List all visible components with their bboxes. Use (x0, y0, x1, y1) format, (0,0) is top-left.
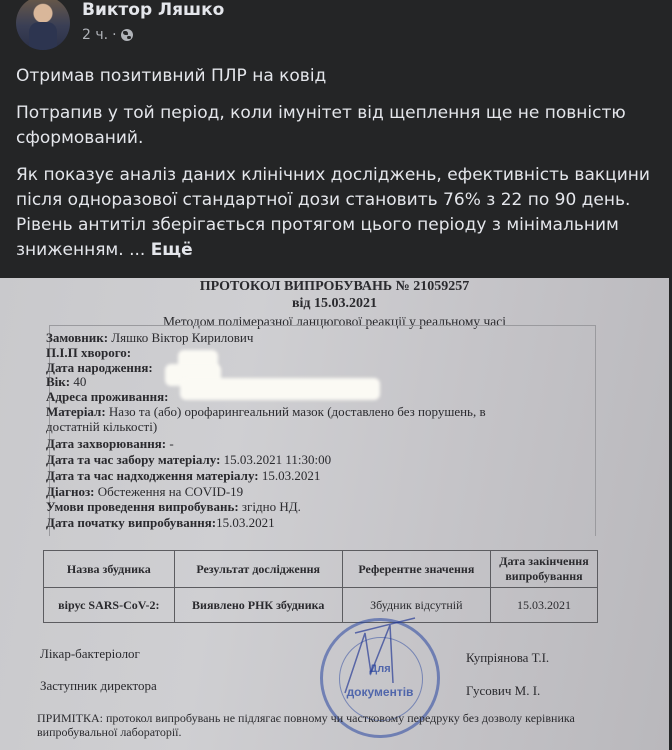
info-field-label: Дата початку випробування: (46, 515, 216, 530)
info-field: Дата захворювання: - (46, 436, 174, 451)
table-header: Референтне значення (342, 551, 490, 588)
document-note: ПРИМІТКА: протокол випробувань не підляг… (37, 711, 575, 726)
info-field-value: Ляшко Віктор Кирилович (108, 330, 253, 345)
redaction (180, 378, 380, 400)
info-field-value: - (166, 436, 174, 451)
info-field: Адреса проживання: (46, 389, 168, 404)
info-field-value: Назо та (або) орофарингеальний мазок (до… (106, 404, 486, 419)
post-paragraph: Отримав позитивний ПЛР на ковід (16, 64, 661, 89)
table-header: Результат дослідження (174, 551, 342, 588)
info-field: Дата та час надходження матеріалу: 15.03… (46, 468, 320, 483)
post-photo[interactable]: ПРОТОКОЛ ВИПРОБУВАНЬ № 21059257 від 15.0… (0, 278, 669, 750)
info-field-label: Вік: (46, 374, 70, 389)
post-timestamp[interactable]: 2 ч. (82, 27, 108, 43)
info-field-label: Дата народження: (46, 360, 153, 375)
post-paragraph-text: Як показує аналіз даних клінічних дослід… (16, 165, 650, 260)
info-field-label: Дата та час забору матеріалу: (46, 452, 220, 467)
info-field-label: Дата та час надходження матеріалу: (46, 468, 259, 483)
signature-name: Гусович М. І. (466, 683, 540, 699)
author-avatar[interactable] (16, 0, 70, 50)
post-body: Отримав позитивний ПЛР на ковід Потрапив… (16, 64, 661, 275)
globe-icon[interactable] (121, 29, 133, 41)
signature-name: Купріянова Т.І. (466, 650, 549, 666)
info-field-value: 15.03.2021 (216, 515, 275, 530)
protocol-date: від 15.03.2021 (0, 296, 669, 312)
info-field: Дата народження: (46, 360, 153, 375)
info-field-label: Дата захворювання: (46, 436, 166, 451)
table-cell: 15.03.2021 (491, 588, 598, 623)
post-paragraph: Потрапив у той період, коли імунітет від… (16, 101, 661, 151)
table-header: Назва збудника (44, 551, 175, 588)
info-field: Замовник: Ляшко Віктор Кирилович (46, 330, 253, 345)
table-cell: Виявлено РНК збудника (174, 588, 342, 623)
info-field: Вік: 40 (46, 374, 86, 389)
info-field-label: П.І.П хворого: (46, 345, 131, 360)
info-field-label: Замовник: (46, 330, 108, 345)
info-field: Матеріал: Назо та (або) орофарингеальний… (46, 404, 486, 419)
table-row: вірус SARS-CoV-2: Виявлено РНК збудника … (44, 588, 598, 623)
info-field: Діагноз: Обстеження на COVID-19 (46, 484, 243, 499)
info-field: достатній кількості) (46, 419, 157, 434)
table-header: Дата закінчення випробування (491, 551, 598, 588)
info-field-value: Обстеження на COVID-19 (95, 484, 244, 499)
info-field-label: Адреса проживання: (46, 389, 168, 404)
post-paragraph: Як показує аналіз даних клінічних дослід… (16, 163, 661, 263)
document-note-cont: випробувальної лабораторії. (37, 725, 182, 740)
info-field-label: Умови проведення випробувань: (46, 499, 239, 514)
info-field-value: 15.03.2021 11:30:00 (220, 452, 331, 467)
see-more-link[interactable]: Ещё (151, 240, 193, 260)
table-cell: вірус SARS-CoV-2: (44, 588, 175, 623)
signature-role: Лікар-бактеріолог (40, 646, 140, 662)
signature-role: Заступник директора (40, 678, 157, 694)
info-field: П.І.П хворого: (46, 345, 131, 360)
info-field-label: Матеріал: (46, 404, 106, 419)
info-field-value: згідно НД. (239, 499, 301, 514)
info-field-value: 40 (70, 374, 86, 389)
info-field-value: достатній кількості) (46, 419, 157, 434)
info-field-label: Діагноз: (46, 484, 95, 499)
info-field: Дата початку випробування:15.03.2021 (46, 515, 275, 530)
signature (335, 613, 425, 703)
table-header-row: Назва збудника Результат дослідження Реф… (44, 551, 598, 588)
meta-separator: · (112, 27, 116, 43)
info-field: Дата та час забору матеріалу: 15.03.2021… (46, 452, 331, 467)
info-field: Умови проведення випробувань: згідно НД. (46, 499, 301, 514)
post-meta: 2 ч. · (82, 27, 133, 43)
info-field-value: 15.03.2021 (259, 468, 321, 483)
author-name[interactable]: Виктор Ляшко (82, 0, 224, 20)
result-table: Назва збудника Результат дослідження Реф… (43, 550, 598, 623)
protocol-title: ПРОТОКОЛ ВИПРОБУВАНЬ № 21059257 (0, 279, 669, 295)
